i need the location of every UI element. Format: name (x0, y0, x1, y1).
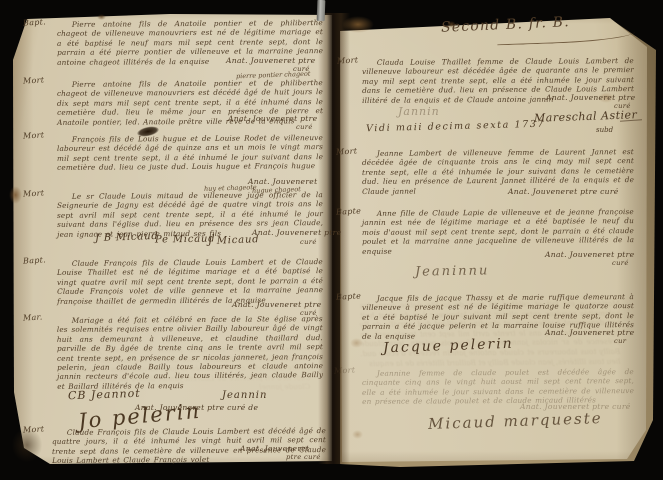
priest-signature: Anat. Jouveneret ptre (545, 328, 634, 337)
priest-signature-sub: curé (612, 259, 629, 267)
priest-signature: Anat. Jouveneret ptre (252, 228, 341, 237)
witness-signature: Pe Micaud (155, 233, 216, 245)
priest-signature: Anat. Jouveneret ptre (228, 114, 317, 123)
witness-signature: Jeannin (222, 390, 267, 401)
entry-text: François fils de Louis hugue et de Louis… (57, 133, 323, 172)
entry-type-label: Mort (334, 365, 356, 375)
entry-type-label: Mar. (23, 312, 43, 322)
witness-signature: CB Jeannot (68, 387, 141, 403)
entry-type-label: Mort (336, 146, 358, 156)
visitor-signature-sub: subd (596, 126, 613, 134)
register-entry: François fils de Louis hugue et de Louis… (57, 134, 323, 172)
priest-signature-sub: curé (300, 238, 317, 246)
register-entry: Anne fille de Claude Lapie de villeneuve… (362, 208, 634, 255)
entry-type-label: Mort (23, 75, 45, 85)
priest-signature-sub: curé (296, 123, 313, 131)
entry-type-label: Bapte (336, 206, 362, 216)
entry-type-label: Mort (23, 424, 45, 434)
priest-signature: Anat. Jouveneret ptre (226, 56, 315, 65)
entry-text: Mariage a été fait et célébré en face de… (57, 314, 324, 391)
entry-text: Claude François fils de Claude Louis Lam… (57, 257, 323, 306)
entry-type-label: Mort (337, 55, 359, 65)
register-entry-faded: Jeannine femme de claude poulet est décé… (362, 368, 634, 406)
manuscript-scan: Mariage a été fait et célébré en face de… (0, 0, 663, 480)
priest-signature-sub: ptre curé (286, 453, 321, 461)
priest-signature: Anat. Jouveneret ptre (546, 93, 635, 102)
priest-signature: Anat. Jouveneret (240, 444, 309, 453)
priest-signature: Anat. Jouveneret ptre curé (508, 187, 619, 196)
entry-type-label: Bapte (336, 291, 362, 301)
witness-signature: J B Micaud (95, 231, 159, 244)
entry-type-label: Bapt. (23, 17, 46, 27)
priest-signature: Anat. Jouveneret (248, 177, 317, 186)
register-entry: Mariage a été fait et célébré en face de… (57, 315, 323, 390)
witness-signature: Jannin (398, 105, 440, 118)
entry-text: Anne fille de Claude Lapie de villeneuve… (362, 207, 634, 256)
witness-signature-large: Jeaninnu (415, 263, 490, 279)
entry-type-label: Bapt. (23, 255, 46, 265)
entry-type-label: Mort (23, 188, 45, 198)
register-entry: Claude François fils de Claude Louis Lam… (57, 258, 323, 305)
entry-text: Jeannine femme de claude poulet est décé… (362, 367, 634, 407)
entry-type-label: Mort (23, 130, 45, 140)
priest-signature-sub: cur (614, 337, 626, 345)
priest-signature: Anat. Jouveneret ptre (232, 300, 321, 309)
priest-signature: Anat. Jouveneret ptre (545, 250, 634, 259)
